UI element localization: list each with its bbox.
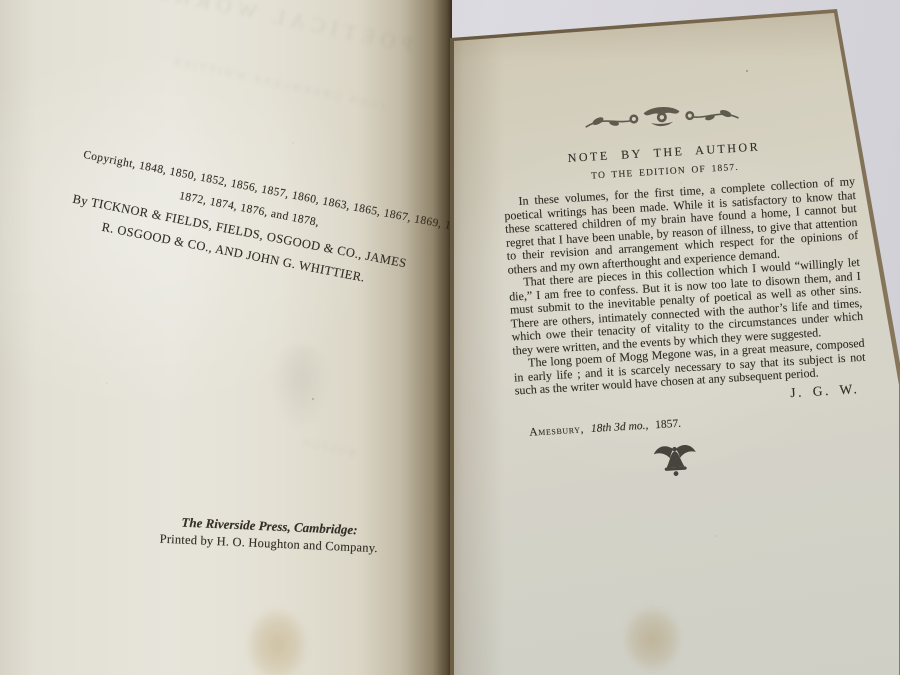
paper-specks — [0, 0, 2, 2]
dateline-date: 18th 3d mo., — [591, 419, 649, 434]
book-gutter — [356, 0, 452, 675]
dateline-place: Amesbury, — [529, 423, 584, 438]
showthrough-author-text: JOHN GREENLEAF WHITTIER — [169, 55, 386, 112]
showthrough-emblem-blot — [272, 345, 330, 430]
dateline-year: 1857. — [655, 417, 682, 431]
note-body: In these volumes, for the first time, a … — [503, 175, 866, 398]
open-book-photo: POETICAL WORKS JOHN GREENLEAF WHITTIER B… — [0, 0, 900, 675]
note-by-author-text-block: NOTE BY THE AUTHOR TO THE EDITION OF 185… — [498, 87, 872, 495]
showthrough-city-text: BOSTON — [299, 436, 356, 459]
